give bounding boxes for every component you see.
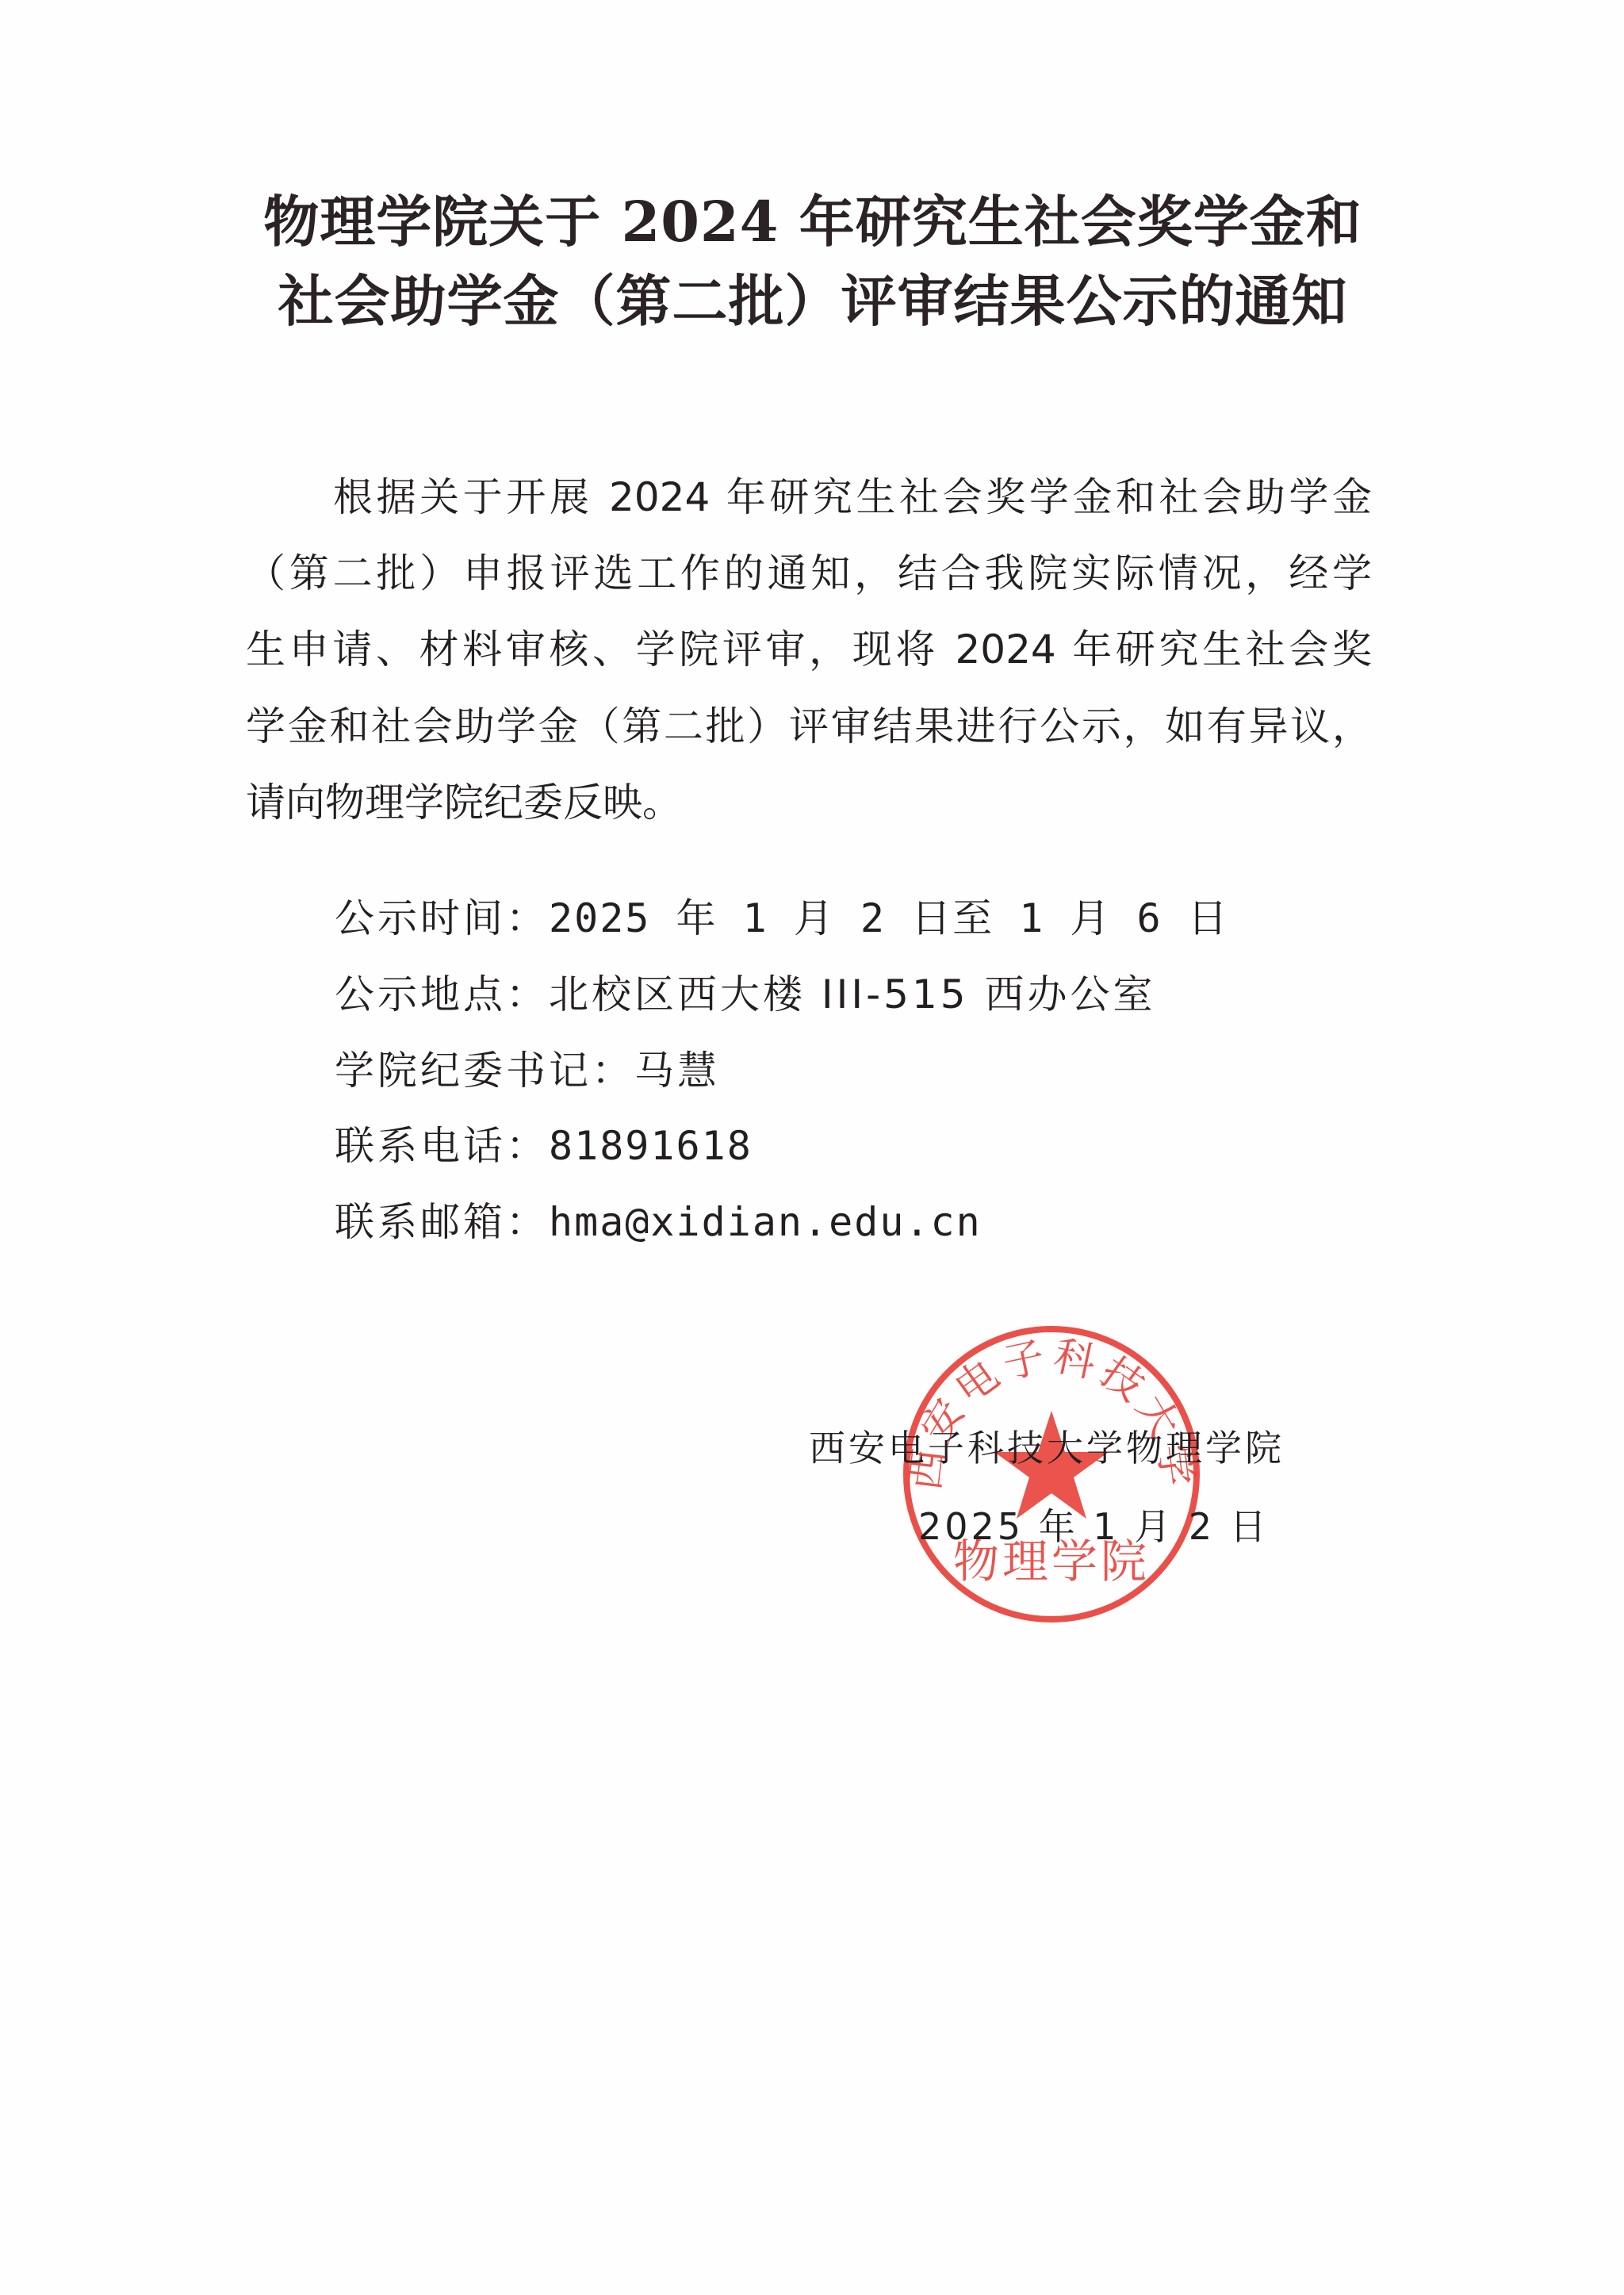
info-secretary-label: 学院纪委书记： [335, 1048, 634, 1094]
document-title-line-1: 物理学院关于 2024 年研究生社会奖学金和 [238, 182, 1388, 262]
info-phone-label: 联系电话： [335, 1123, 549, 1169]
info-phone-value: 81891618 [549, 1123, 753, 1169]
info-email: 联系邮箱：hma@xidian.edu.cn [335, 1198, 982, 1246]
document-title-line-2: 社会助学金（第二批）评审结果公示的通知 [238, 262, 1388, 341]
info-period-value: 2025 年 1 月 2 日至 1 月 6 日 [549, 895, 1229, 941]
info-email-label: 联系邮箱： [335, 1199, 549, 1245]
info-location-value: 北校区西大楼 III-515 西办公室 [549, 971, 1156, 1017]
body-paragraph-line-2: （第二批）申报评选工作的通知，结合我院实际情况，经学 [246, 550, 1372, 597]
info-location-label: 公示地点： [335, 971, 549, 1017]
body-paragraph-line-4: 学金和社会助学金（第二批）评审结果进行公示，如有异议， [246, 703, 1372, 750]
info-period: 公示时间：2025 年 1 月 2 日至 1 月 6 日 [335, 895, 1229, 942]
signature-organization: 西安电子科技大学物理学院 [809, 1426, 1285, 1470]
body-paragraph-line-3: 生申请、材料审核、学院评审，现将 2024 年研究生社会奖 [246, 626, 1372, 673]
info-secretary-value: 马慧 [634, 1048, 720, 1094]
signature-date: 2025 年 1 月 2 日 [918, 1504, 1270, 1549]
info-phone: 联系电话：81891618 [335, 1122, 753, 1170]
document-page: 物理学院关于 2024 年研究生社会奖学金和 社会助学金（第二批）评审结果公示的… [0, 0, 1624, 2295]
info-location: 公示地点：北校区西大楼 III-515 西办公室 [335, 971, 1156, 1018]
info-secretary: 学院纪委书记：马慧 [335, 1047, 720, 1094]
info-period-label: 公示时间： [335, 895, 549, 941]
official-seal: 西安电子科技大学 物理学院 [902, 1325, 1201, 1623]
body-paragraph-line-5: 请向物理学院纪委反映。 [246, 779, 1372, 826]
body-paragraph-line-1: 根据关于开展 2024 年研究生社会奖学金和社会助学金 [333, 473, 1372, 521]
info-email-value: hma@xidian.edu.cn [549, 1199, 982, 1245]
